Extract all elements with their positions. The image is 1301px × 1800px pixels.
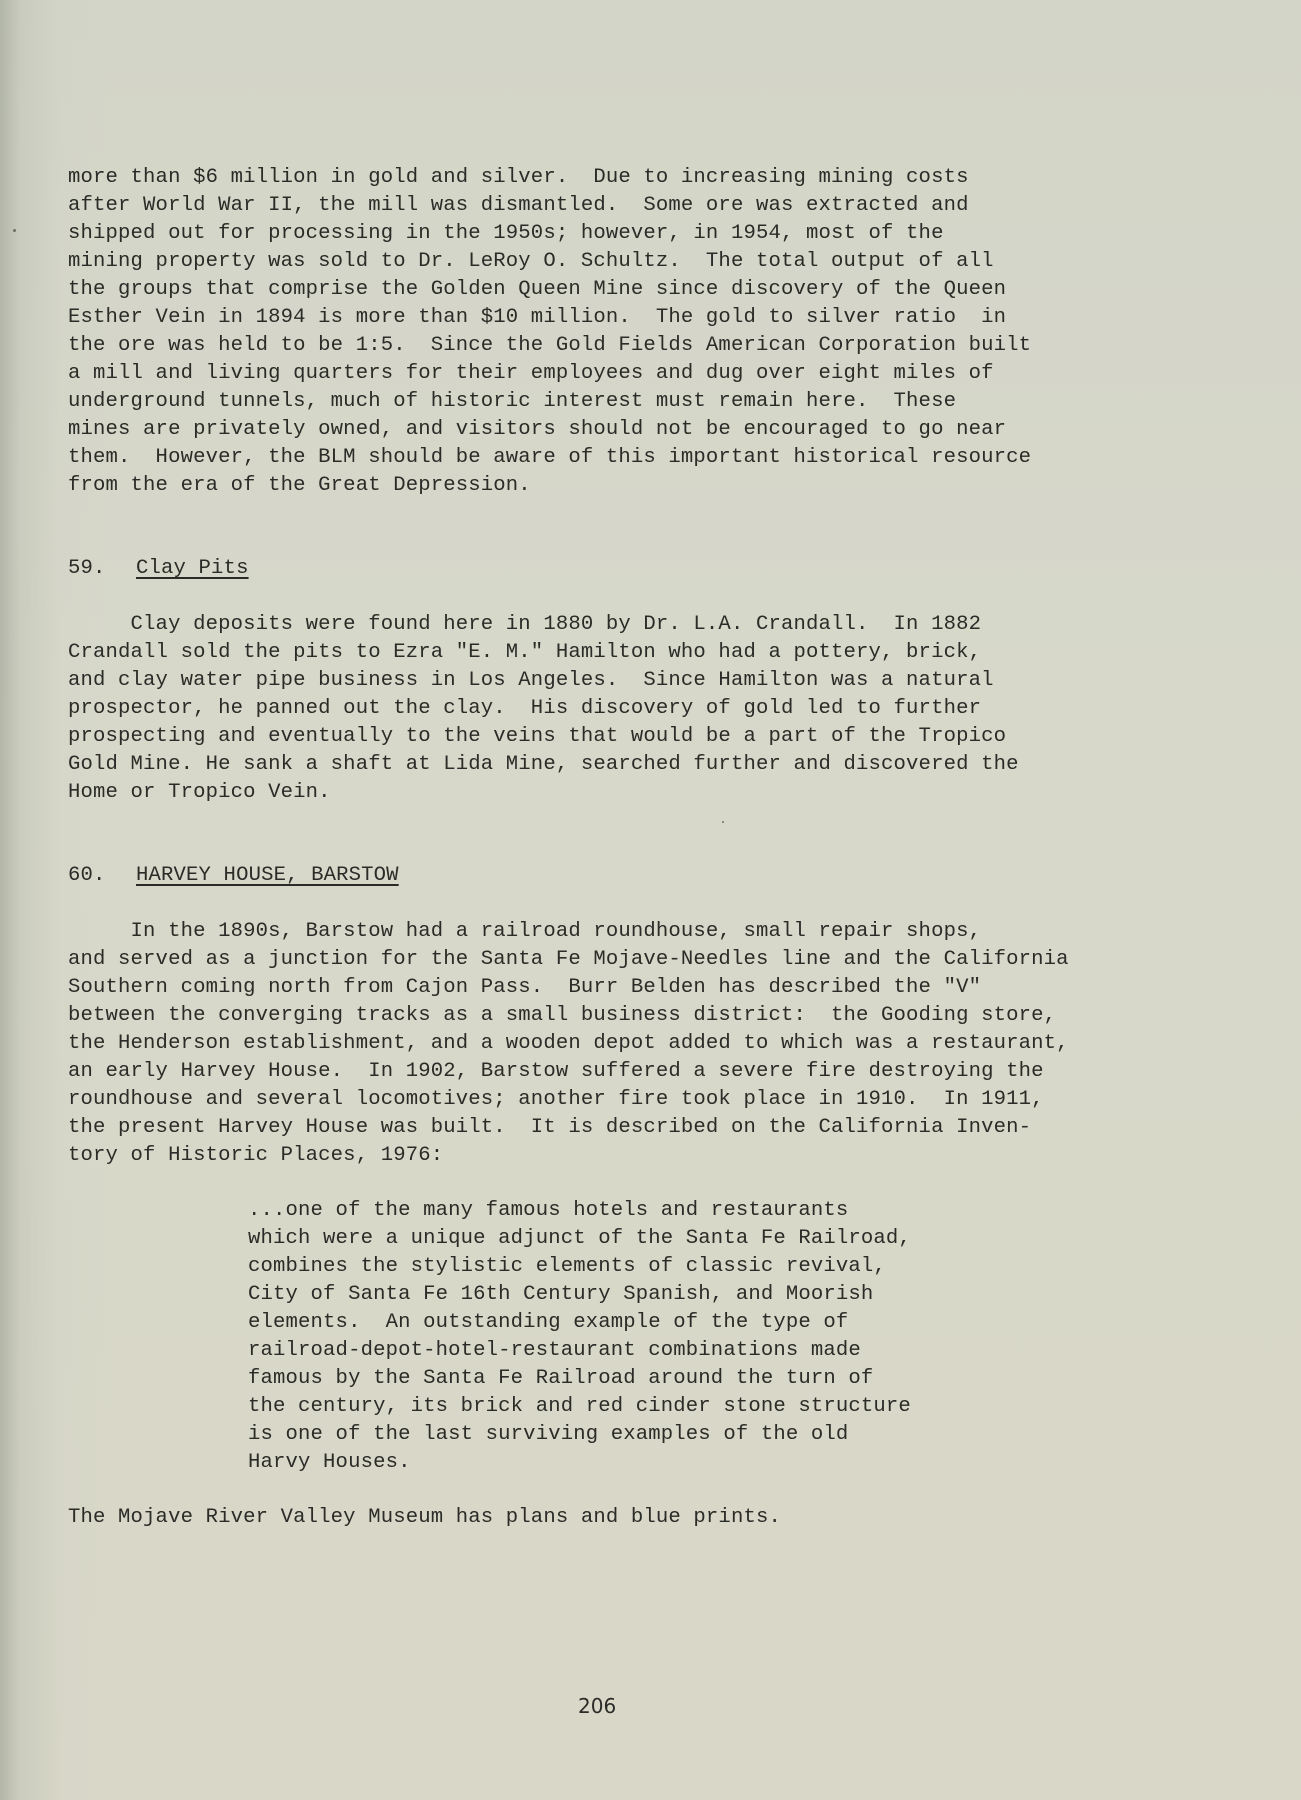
text-line: underground tunnels, much of historic in… [68,388,956,416]
text-line: an early Harvey House. In 1902, Barstow … [68,1058,1044,1086]
quote-line: is one of the last surviving examples of… [248,1421,848,1449]
quote-line: famous by the Santa Fe Railroad around t… [248,1365,873,1393]
text-line: In the 1890s, Barstow had a railroad rou… [68,918,981,946]
scan-speck [722,821,724,823]
text-line: more than $6 million in gold and silver.… [68,164,969,192]
text-line: shipped out for processing in the 1950s;… [68,220,944,248]
document-page: more than $6 million in gold and silver.… [0,0,1301,1800]
text-line: after World War II, the mill was dismant… [68,192,969,220]
text-line: Southern coming north from Cajon Pass. B… [68,974,981,1002]
text-line: a mill and living quarters for their emp… [68,360,994,388]
quote-line: City of Santa Fe 16th Century Spanish, a… [248,1281,873,1309]
section-title: HARVEY HOUSE, BARSTOW [136,862,399,890]
quote-line: combines the stylistic elements of class… [248,1253,886,1281]
text-line: the Henderson establishment, and a woode… [68,1030,1069,1058]
section-title: Clay Pits [136,555,249,583]
quote-line: the century, its brick and red cinder st… [248,1393,911,1421]
text-line: tory of Historic Places, 1976: [68,1142,443,1170]
text-line: roundhouse and several locomotives; anot… [68,1086,1044,1114]
text-line: and served as a junction for the Santa F… [68,946,1069,974]
text-line: them. However, the BLM should be aware o… [68,444,1031,472]
text-line: Gold Mine. He sank a shaft at Lida Mine,… [68,751,1019,779]
text-line: Home or Tropico Vein. [68,779,331,807]
text-line: between the converging tracks as a small… [68,1002,1056,1030]
section-number: 60. [68,862,106,890]
text-line: the present Harvey House was built. It i… [68,1114,1031,1142]
scan-speck [13,229,16,232]
quote-line: Harvy Houses. [248,1449,411,1477]
text-line: mines are privately owned, and visitors … [68,416,1006,444]
text-line: the groups that comprise the Golden Quee… [68,276,1006,304]
text-line: prospector, he panned out the clay. His … [68,695,981,723]
quote-line: which were a unique adjunct of the Santa… [248,1225,911,1253]
text-line: Esther Vein in 1894 is more than $10 mil… [68,304,1006,332]
quote-line: elements. An outstanding example of the … [248,1309,848,1337]
text-line: and clay water pipe business in Los Ange… [68,667,994,695]
text-line: mining property was sold to Dr. LeRoy O.… [68,248,994,276]
quote-line: railroad-depot-hotel-restaurant combinat… [248,1337,861,1365]
closing-line: The Mojave River Valley Museum has plans… [68,1504,781,1532]
quote-line: ...one of the many famous hotels and res… [248,1197,848,1225]
text-line: Clay deposits were found here in 1880 by… [68,611,981,639]
text-line: Crandall sold the pits to Ezra "E. M." H… [68,639,981,667]
text-line: the ore was held to be 1:5. Since the Go… [68,332,1031,360]
text-line: prospecting and eventually to the veins … [68,723,1006,751]
page-number: 206 [578,1694,616,1718]
text-line: from the era of the Great Depression. [68,472,531,500]
section-number: 59. [68,555,106,583]
